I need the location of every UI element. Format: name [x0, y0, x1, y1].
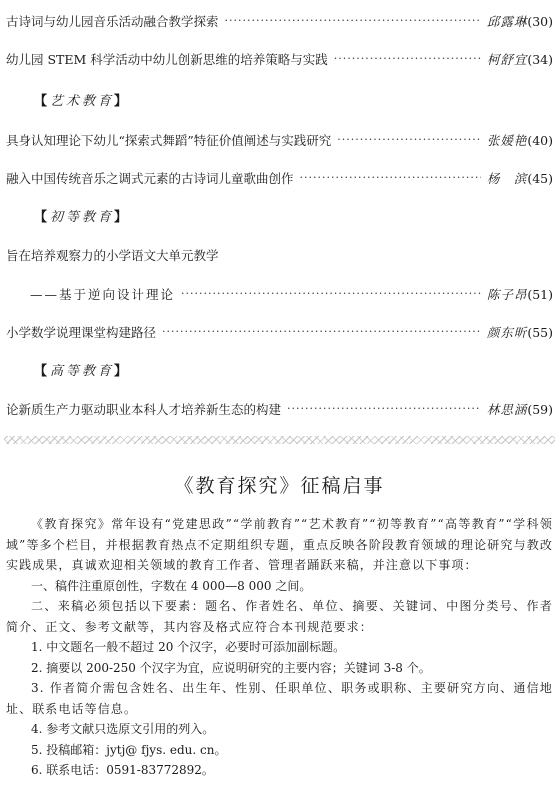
- toc-entry-subtitle[interactable]: ——基于逆向设计理论 陈子昂 (51): [30, 285, 553, 305]
- toc-entry-page: (51): [527, 285, 553, 305]
- toc-entry-author: 杨 滨: [487, 169, 528, 189]
- section-heading-label: 艺术教育: [50, 94, 114, 109]
- section-heading-higher-education: 【高等教育】: [34, 362, 130, 382]
- section-heading-label: 初等教育: [50, 210, 114, 225]
- toc-entry-author: 张媛艳: [487, 131, 528, 151]
- toc-entry[interactable]: 幼儿园 STEM 科学活动中幼儿创新思维的培养策略与实践 柯舒宜 (34): [6, 50, 553, 70]
- toc-entry-title: 古诗词与幼儿园音乐活动融合教学探索: [6, 12, 219, 32]
- toc-entry-page: (59): [527, 400, 553, 420]
- decorative-divider: [4, 436, 555, 444]
- dot-leader: [162, 322, 481, 342]
- dot-leader: [300, 168, 481, 188]
- toc-entry-page: (40): [527, 131, 553, 151]
- toc-entry[interactable]: 古诗词与幼儿园音乐活动融合教学探索 邱露琳 (30): [6, 12, 553, 32]
- dot-leader: [287, 399, 481, 419]
- section-heading-primary-education: 【初等教育】: [34, 208, 130, 228]
- notice-subitem-4: 4. 参考文献只选原文引用的列入。: [6, 719, 553, 740]
- notice-subitem-2: 2. 摘要以 200-250 个汉字为宜，应说明研究的主要内容；关键词 3-8 …: [6, 658, 553, 679]
- toc-entry[interactable]: 小学数学说理课堂构建路径 颜东昕 (55): [6, 323, 553, 343]
- bracket-close: 】: [114, 364, 130, 379]
- section-heading-art-education: 【艺术教育】: [34, 92, 130, 112]
- bracket-close: 】: [114, 94, 130, 109]
- toc-entry-title: 论新质生产力驱动职业本科人才培养新生态的构建: [6, 400, 281, 420]
- toc-entry-page: (30): [527, 12, 553, 32]
- notice-intro-paragraph: 《教育探究》常年设有“党建思政”“学前教育”“艺术教育”“初等教育”“高等教育”…: [6, 514, 553, 576]
- section-heading-label: 高等教育: [50, 364, 114, 379]
- toc-entry-page: (55): [527, 323, 553, 343]
- toc-entry[interactable]: 具身认知理论下幼儿“探索式舞蹈”特征价值阐述与实践研究 张媛艳 (40): [6, 131, 553, 151]
- notice-subitem-5-email[interactable]: 5. 投稿邮箱：jytj@ fjys. edu. cn。: [6, 740, 553, 761]
- toc-entry-title: 小学数学说理课堂构建路径: [6, 323, 156, 343]
- toc-entry[interactable]: 旨在培养观察力的小学语文大单元教学: [6, 246, 553, 266]
- dot-leader: [225, 11, 481, 31]
- notice-item-1: 一、稿件注重原创性，字数在 4 000—8 000 之间。: [6, 576, 553, 597]
- toc-entry-title: 幼儿园 STEM 科学活动中幼儿创新思维的培养策略与实践: [6, 50, 328, 70]
- toc-entry-page: (34): [527, 50, 553, 70]
- toc-entry-title: ——基于逆向设计理论: [30, 285, 175, 305]
- notice-item-2: 二、来稿必须包括以下要素：题名、作者姓名、单位、摘要、关键词、中图分类号、作者简…: [6, 596, 553, 637]
- toc-entry-title: 融入中国传统音乐之调式元素的古诗词儿童歌曲创作: [6, 169, 294, 189]
- toc-entry-author: 陈子昂: [487, 285, 528, 305]
- dot-leader: [181, 284, 481, 304]
- bracket-open: 【: [34, 94, 50, 109]
- dot-leader: [337, 130, 481, 150]
- notice-subitem-1: 1. 中文题名一般不超过 20 个汉字，必要时可添加副标题。: [6, 637, 553, 658]
- dot-leader: [334, 49, 481, 69]
- bracket-open: 【: [34, 210, 50, 225]
- toc-entry-author: 柯舒宜: [487, 50, 528, 70]
- notice-subitem-3: 3. 作者简介需包含姓名、出生年、性别、任职单位、职务或职称、主要研究方向、通信…: [6, 678, 553, 719]
- toc-entry-title: 旨在培养观察力的小学语文大单元教学: [6, 246, 219, 266]
- notice-title: 《教育探究》征稿启事: [0, 472, 559, 500]
- toc-entry-title: 具身认知理论下幼儿“探索式舞蹈”特征价值阐述与实践研究: [6, 131, 331, 151]
- toc-entry-page: (45): [527, 169, 553, 189]
- notice-subitem-6-phone: 6. 联系电话：0591-83772892。: [6, 760, 553, 781]
- bracket-open: 【: [34, 364, 50, 379]
- toc-entry[interactable]: 融入中国传统音乐之调式元素的古诗词儿童歌曲创作 杨 滨 (45): [6, 169, 553, 189]
- toc-entry-author: 林思涵: [487, 400, 528, 420]
- toc-entry-author: 颜东昕: [487, 323, 528, 343]
- toc-entry-author: 邱露琳: [487, 12, 528, 32]
- notice-body: 《教育探究》常年设有“党建思政”“学前教育”“艺术教育”“初等教育”“高等教育”…: [6, 514, 553, 781]
- toc-entry[interactable]: 论新质生产力驱动职业本科人才培养新生态的构建 林思涵 (59): [6, 400, 553, 420]
- bracket-close: 】: [114, 210, 130, 225]
